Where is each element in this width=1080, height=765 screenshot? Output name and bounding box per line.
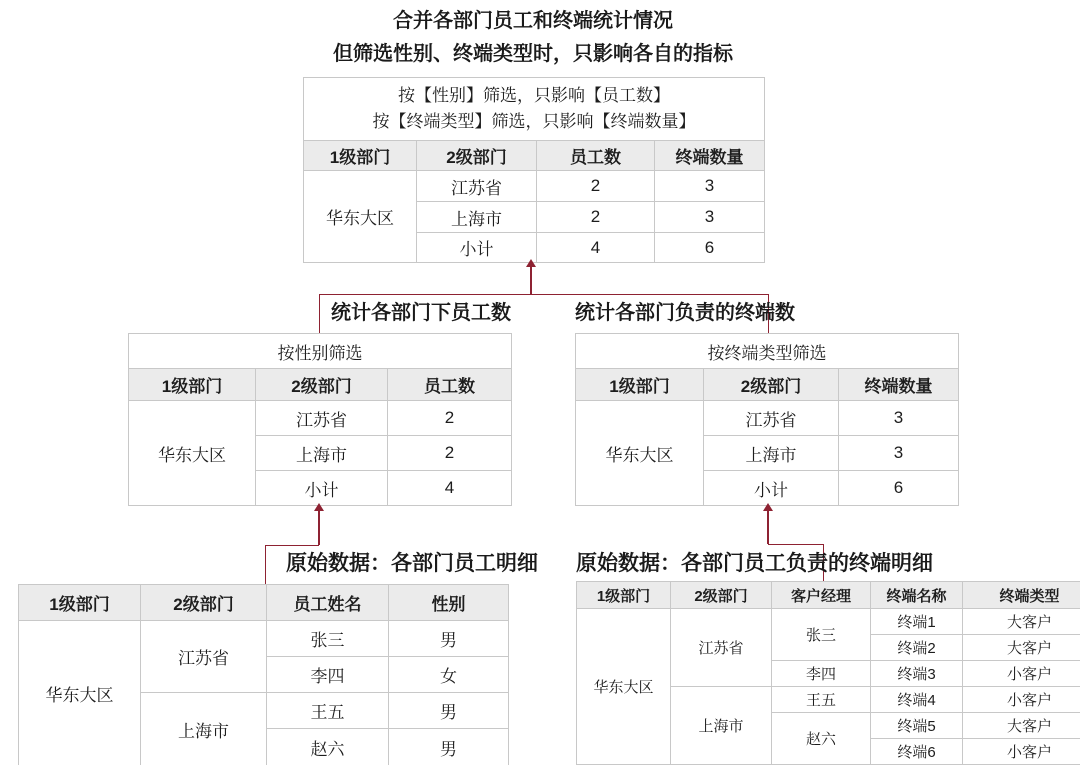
value-cell: 2 [388,401,512,436]
table-header-row: 1级部门 2级部门 员工姓名 性别 [19,585,509,621]
value-cell: 3 [655,202,765,233]
header-cell: 2级部门 [704,369,839,401]
dept-cell: 上海市 [704,436,839,471]
dept-cell: 上海市 [417,202,537,233]
value-cell: 4 [388,471,512,506]
header-cell: 员工数 [537,141,655,171]
connector-line [768,544,824,545]
header-cell: 1级部门 [304,141,417,171]
dept-cell: 江苏省 [256,401,388,436]
table-row: 按终端类型筛选 [576,334,959,369]
filter-note-line1: 按【性别】筛选，只影响【员工数】 [304,83,764,109]
main-title-line2: 但筛选性别、终端类型时，只影响各自的指标 [0,38,1066,71]
value-cell: 2 [537,202,655,233]
table-header-row: 1级部门 2级部门 员工数 终端数量 [304,141,765,171]
filter-note-cell: 按性别筛选 [129,334,512,369]
table-row: 按性别筛选 [129,334,512,369]
region-cell: 华东大区 [129,401,256,506]
value-cell: 2 [537,171,655,202]
header-cell: 2级部门 [141,585,267,621]
employee-detail-title: 原始数据：各部门员工明细 [18,549,538,579]
header-cell: 1级部门 [129,369,256,401]
terminal-detail-title: 原始数据：各部门员工负责的终端明细 [576,549,933,579]
connector-line [319,294,769,295]
main-title: 合并各部门员工和终端统计情况 但筛选性别、终端类型时，只影响各自的指标 [0,5,1066,71]
table-row: 华东大区 江苏省 2 3 [304,171,765,202]
main-title-line1: 合并各部门员工和终端统计情况 [0,5,1066,38]
type-cell: 小客户 [963,739,1080,765]
employee-summary-title: 统计各部门下员工数 [128,299,511,327]
manager-cell: 王五 [772,687,871,713]
subtotal-cell: 小计 [704,471,839,506]
name-cell: 张三 [267,621,389,657]
type-cell: 小客户 [963,687,1080,713]
header-cell: 员工姓名 [267,585,389,621]
dept-cell: 江苏省 [417,171,537,202]
header-cell: 终端类型 [963,582,1080,609]
table-row: 按【性别】筛选，只影响【员工数】 按【终端类型】筛选，只影响【终端数量】 [304,78,765,141]
connector-line [265,545,319,546]
name-cell: 李四 [267,657,389,693]
manager-cell: 赵六 [772,713,871,765]
gender-cell: 女 [389,657,509,693]
header-cell: 2级部门 [256,369,388,401]
terminal-cell: 终端2 [871,635,963,661]
gender-cell: 男 [389,621,509,657]
header-cell: 2级部门 [417,141,537,171]
dept-cell: 上海市 [256,436,388,471]
manager-cell: 张三 [772,609,871,661]
header-cell: 1级部门 [577,582,671,609]
combined-summary-table: 按【性别】筛选，只影响【员工数】 按【终端类型】筛选，只影响【终端数量】 1级部… [303,77,765,263]
header-cell: 1级部门 [576,369,704,401]
filter-note-cell: 按【性别】筛选，只影响【员工数】 按【终端类型】筛选，只影响【终端数量】 [304,78,765,141]
gender-cell: 男 [389,729,509,765]
header-cell: 终端数量 [839,369,959,401]
region-cell: 华东大区 [304,171,417,263]
region-cell: 华东大区 [19,621,141,765]
dept-cell: 江苏省 [141,621,267,693]
terminal-cell: 终端1 [871,609,963,635]
value-cell: 6 [839,471,959,506]
connector-line [767,510,769,544]
subtotal-cell: 小计 [417,233,537,263]
header-cell: 客户经理 [772,582,871,609]
header-cell: 性别 [389,585,509,621]
table-header-row: 1级部门 2级部门 员工数 [129,369,512,401]
table-row: 华东大区 江苏省 2 [129,401,512,436]
dept-cell: 江苏省 [704,401,839,436]
terminal-summary-table: 按终端类型筛选 1级部门 2级部门 终端数量 华东大区 江苏省 3 上海市 3 … [575,333,959,506]
table-header-row: 1级部门 2级部门 终端数量 [576,369,959,401]
manager-cell: 李四 [772,661,871,687]
filter-note-line2: 按【终端类型】筛选，只影响【终端数量】 [304,109,764,135]
value-cell: 2 [388,436,512,471]
type-cell: 小客户 [963,661,1080,687]
header-cell: 1级部门 [19,585,141,621]
terminal-cell: 终端4 [871,687,963,713]
value-cell: 6 [655,233,765,263]
value-cell: 3 [839,401,959,436]
employee-summary-table: 按性别筛选 1级部门 2级部门 员工数 华东大区 江苏省 2 上海市 2 小计 … [128,333,512,506]
type-cell: 大客户 [963,713,1080,739]
connector-line [530,266,532,294]
table-row: 华东大区 江苏省 张三 终端1 大客户 [577,609,1080,635]
terminal-summary-title: 统计各部门负责的终端数 [575,299,795,327]
region-cell: 华东大区 [576,401,704,506]
employee-detail-table: 1级部门 2级部门 员工姓名 性别 华东大区 江苏省 张三 男 李四 女 上海市… [18,584,509,765]
value-cell: 3 [839,436,959,471]
subtotal-cell: 小计 [256,471,388,506]
dept-cell: 江苏省 [671,609,772,687]
terminal-cell: 终端6 [871,739,963,765]
table-row: 华东大区 江苏省 张三 男 [19,621,509,657]
terminal-cell: 终端5 [871,713,963,739]
value-cell: 3 [655,171,765,202]
header-cell: 终端数量 [655,141,765,171]
header-cell: 终端名称 [871,582,963,609]
name-cell: 赵六 [267,729,389,765]
header-cell: 2级部门 [671,582,772,609]
pivot-merge-diagram: 合并各部门员工和终端统计情况 但筛选性别、终端类型时，只影响各自的指标 按【性别… [0,0,1080,765]
connector-line [318,510,320,545]
terminal-detail-table: 1级部门 2级部门 客户经理 终端名称 终端类型 华东大区 江苏省 张三 终端1… [576,581,1080,765]
value-cell: 4 [537,233,655,263]
terminal-cell: 终端3 [871,661,963,687]
type-cell: 大客户 [963,635,1080,661]
table-header-row: 1级部门 2级部门 客户经理 终端名称 终端类型 [577,582,1080,609]
type-cell: 大客户 [963,609,1080,635]
header-cell: 员工数 [388,369,512,401]
dept-cell: 上海市 [671,687,772,765]
name-cell: 王五 [267,693,389,729]
filter-note-cell: 按终端类型筛选 [576,334,959,369]
gender-cell: 男 [389,693,509,729]
region-cell: 华东大区 [577,609,671,765]
dept-cell: 上海市 [141,693,267,765]
table-row: 华东大区 江苏省 3 [576,401,959,436]
